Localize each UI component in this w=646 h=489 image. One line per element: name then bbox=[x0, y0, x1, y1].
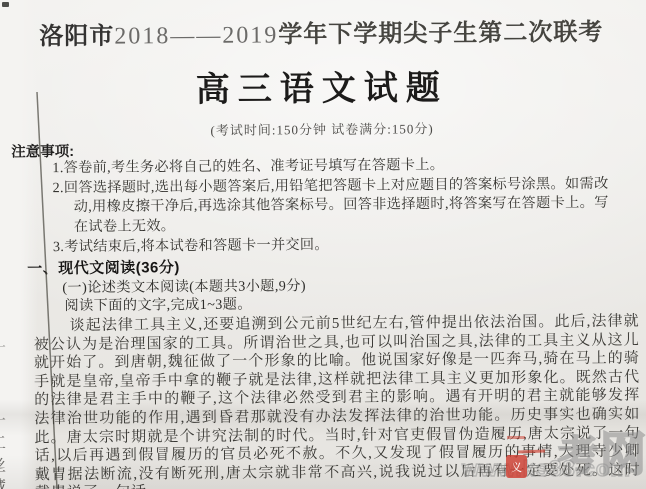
page-fold-line bbox=[0, 0, 646, 489]
scanned-exam-page: 厂 ( 一 工 丝 藏 洛阳市2018——2019学年下学期尖子生第二次联考 高… bbox=[0, 0, 646, 489]
